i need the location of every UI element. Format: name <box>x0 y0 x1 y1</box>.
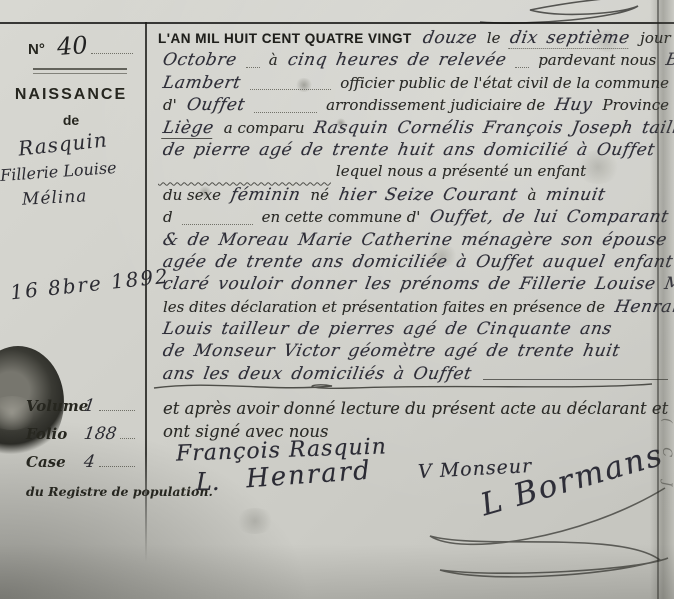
handwritten-entry: Ouffet, de lui Comparant <box>429 207 671 227</box>
leader-line <box>483 377 668 380</box>
registry-row-case: Case 4 <box>26 452 139 480</box>
form-line: les dites déclaration et présentation fa… <box>154 297 674 319</box>
handwritten-entry: de Monseur Victor géomètre agé de trente… <box>161 341 621 361</box>
leader-line <box>182 222 253 225</box>
printed-form-text: du sexe <box>163 186 221 204</box>
handwritten-entry: féminin <box>229 185 302 205</box>
handwritten-entry: Lambert <box>161 73 242 93</box>
leader-line <box>246 65 260 68</box>
margin-divider-rule <box>145 22 147 562</box>
handwritten-entry: cinq heures de relevée <box>286 50 508 70</box>
folio-value: 188 <box>83 424 118 444</box>
handwritten-entry: Louis tailleur de pierres agé de Cinquan… <box>161 319 613 339</box>
leader-line <box>250 87 332 90</box>
child-given-names-2: Mélina <box>22 186 88 209</box>
handwritten-entry: Octobre <box>161 50 238 70</box>
form-line: et après avoir donné lecture du présent … <box>154 399 674 421</box>
form-line: Liègea comparuRasquin Cornélis François … <box>154 118 674 140</box>
handwritten-entry: dix septième <box>509 28 632 49</box>
registry-footer: du Registre de population. <box>26 484 139 499</box>
child-surname: Rasquin <box>17 127 109 160</box>
act-number-row: N° 40 <box>28 32 137 60</box>
handwritten-entry: agée de trente ans domiciliée à Ouffet a… <box>161 252 674 272</box>
paper-stain <box>235 508 275 534</box>
printed-form-text: arrondissement judiciaire de <box>326 96 545 114</box>
dotted-leader <box>99 410 135 411</box>
printed-form-text: à <box>269 51 278 69</box>
printed-form-text: en cette commune d' <box>262 208 421 226</box>
case-label: Case <box>26 453 84 471</box>
handwritten-entry: Huy <box>554 95 595 115</box>
printed-form-text: a comparu <box>224 119 305 137</box>
form-line: de pierre agé de trente huit ans domicil… <box>154 140 674 162</box>
page-edge-shading <box>650 0 674 599</box>
handwritten-entry: Ouffet <box>185 95 246 115</box>
form-line: lequel nous a présenté un enfant <box>154 162 674 184</box>
printed-form-text: d <box>163 208 173 226</box>
handwritten-entry: hier Seize Courant <box>337 185 519 205</box>
leader-line <box>254 110 317 113</box>
handwritten-entry: ans les deux domiciliés à Ouffet <box>161 364 473 384</box>
form-line: de Monseur Victor géomètre agé de trente… <box>154 341 674 363</box>
record-type-de: de <box>0 112 142 128</box>
printed-form-text: lequel nous a présenté un enfant <box>336 162 586 180</box>
act-number-value: 40 <box>56 31 88 61</box>
folio-label: Folio <box>26 425 84 443</box>
leader-line <box>515 65 529 68</box>
form-line: d'Ouffetarrondissement judiciaire deHuyP… <box>154 95 674 117</box>
dotted-leader <box>99 466 135 467</box>
printed-form-text: L'AN MIL HUIT CENT QUATRE VINGT <box>158 31 412 46</box>
printed-form-text: à <box>528 186 537 204</box>
handwritten-entry: douze <box>421 28 479 48</box>
page-edge-rule <box>657 0 659 599</box>
record-type-title: NAISSANCE <box>0 86 142 104</box>
margin-double-rule <box>33 68 127 74</box>
handwritten-entry: & de Moreau Marie Catherine ménagère son… <box>161 230 668 250</box>
printed-form-text: d' <box>163 96 177 114</box>
form-line: den cette commune d'Ouffet, de lui Compa… <box>154 207 674 229</box>
handwritten-entry: minuit <box>545 185 608 205</box>
printed-form-text: né <box>310 186 329 204</box>
signature-officer: L Bormans <box>477 437 668 524</box>
printed-form-text: officier public de l'état civil de la co… <box>340 74 669 92</box>
volume-value: 1 <box>83 396 97 416</box>
volume-label: Volume <box>26 397 84 415</box>
child-given-names: Fillerie Louise <box>0 158 117 185</box>
handwritten-entry: Liège <box>161 118 215 139</box>
scanned-birth-record: N° 40 NAISSANCE de Rasquin Fillerie Loui… <box>0 0 674 599</box>
registry-row-volume: Volume 1 <box>26 396 139 424</box>
act-number-label: N° <box>28 41 45 58</box>
registry-reference-block: Volume 1 Folio 188 Case 4 du Registre de… <box>26 396 139 499</box>
leader-line <box>158 166 331 185</box>
form-line: Louis tailleur de pierres agé de Cinquan… <box>154 319 674 341</box>
form-line: Octobreàcinq heures de relevéepardevant … <box>154 50 674 72</box>
dotted-leader <box>91 53 133 54</box>
printed-form-text: le <box>487 29 501 47</box>
printed-form-text: et après avoir donné lecture du présent … <box>163 399 674 418</box>
case-value: 4 <box>83 452 97 472</box>
form-line: agée de trente ans domiciliée à Ouffet a… <box>154 252 674 274</box>
registry-row-folio: Folio 188 <box>26 424 139 452</box>
signature-witness1-initial: L. <box>196 468 220 496</box>
margin-column: N° 40 NAISSANCE de Rasquin Fillerie Loui… <box>0 24 145 599</box>
handwritten-entry: claré vouloir donner les prénoms de Fill… <box>161 274 674 294</box>
dotted-leader <box>120 438 135 439</box>
form-line: L'AN MIL HUIT CENT QUATRE VINGTdouzeledi… <box>154 28 674 50</box>
printed-form-text: pardevant nous <box>538 51 656 69</box>
handwritten-entry: de pierre agé de trente huit ans domicil… <box>161 140 656 160</box>
form-line: claré vouloir donner les prénoms de Fill… <box>154 274 674 296</box>
form-line: ans les deux domiciliés à Ouffet <box>154 364 674 386</box>
form-line: & de Moreau Marie Catherine ménagère son… <box>154 230 674 252</box>
act-text-block: L'AN MIL HUIT CENT QUATRE VINGTdouzeledi… <box>154 24 674 444</box>
handwritten-entry: Rasquin Cornélis François Joseph tailleu… <box>313 118 674 138</box>
form-line: Lambertofficier public de l'état civil d… <box>154 73 674 95</box>
form-line: du sexefémininnéhier Seize Courantàminui… <box>154 185 674 207</box>
printed-form-text: les dites déclaration et présentation fa… <box>163 298 605 316</box>
